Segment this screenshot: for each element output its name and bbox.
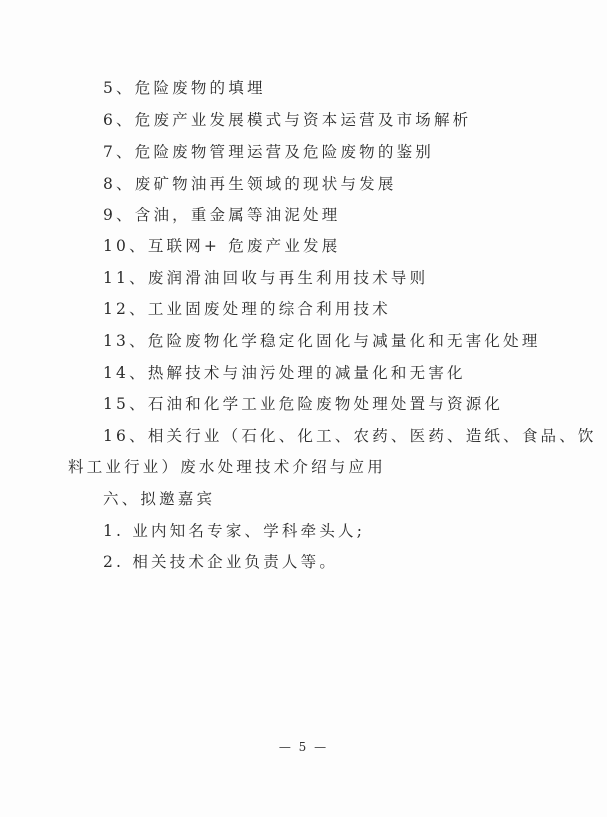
list-item-13: 13、危险废物化学稳定化固化与减量化和无害化处理 (103, 331, 541, 351)
list-item-6: 6、危废产业发展模式与资本运营及市场解析 (103, 110, 471, 130)
guest-item-1: 1. 业内知名专家、学科牵头人; (103, 521, 365, 541)
list-item-16-continued: 料工业行业）废水处理技术介绍与应用 (68, 457, 386, 477)
list-item-15: 15、石油和化学工业危险废物处理处置与资源化 (103, 394, 503, 414)
document-page: 5、危险废物的填埋 6、危废产业发展模式与资本运营及市场解析 7、危险废物管理运… (0, 0, 607, 817)
list-item-10: 10、互联网+ 危废产业发展 (103, 236, 340, 256)
section-heading-guests: 六、拟邀嘉宾 (103, 489, 215, 509)
list-item-12: 12、工业固废处理的综合利用技术 (103, 299, 391, 319)
list-item-14: 14、热解技术与油污处理的减量化和无害化 (103, 363, 466, 383)
list-item-8: 8、废矿物油再生领域的现状与发展 (103, 174, 397, 194)
list-item-11: 11、废润滑油回收与再生利用技术导则 (103, 268, 428, 288)
list-item-7: 7、危险废物管理运营及危险废物的鉴别 (103, 142, 434, 162)
list-item-5: 5、危险废物的填埋 (103, 78, 266, 98)
list-item-9: 9、含油，重金属等油泥处理 (103, 205, 340, 225)
page-number: — 5 — (0, 740, 607, 754)
list-item-16: 16、相关行业（石化、化工、农药、医药、造纸、食品、饮 (103, 426, 597, 446)
guest-item-2: 2. 相关技术企业负责人等。 (103, 552, 338, 572)
